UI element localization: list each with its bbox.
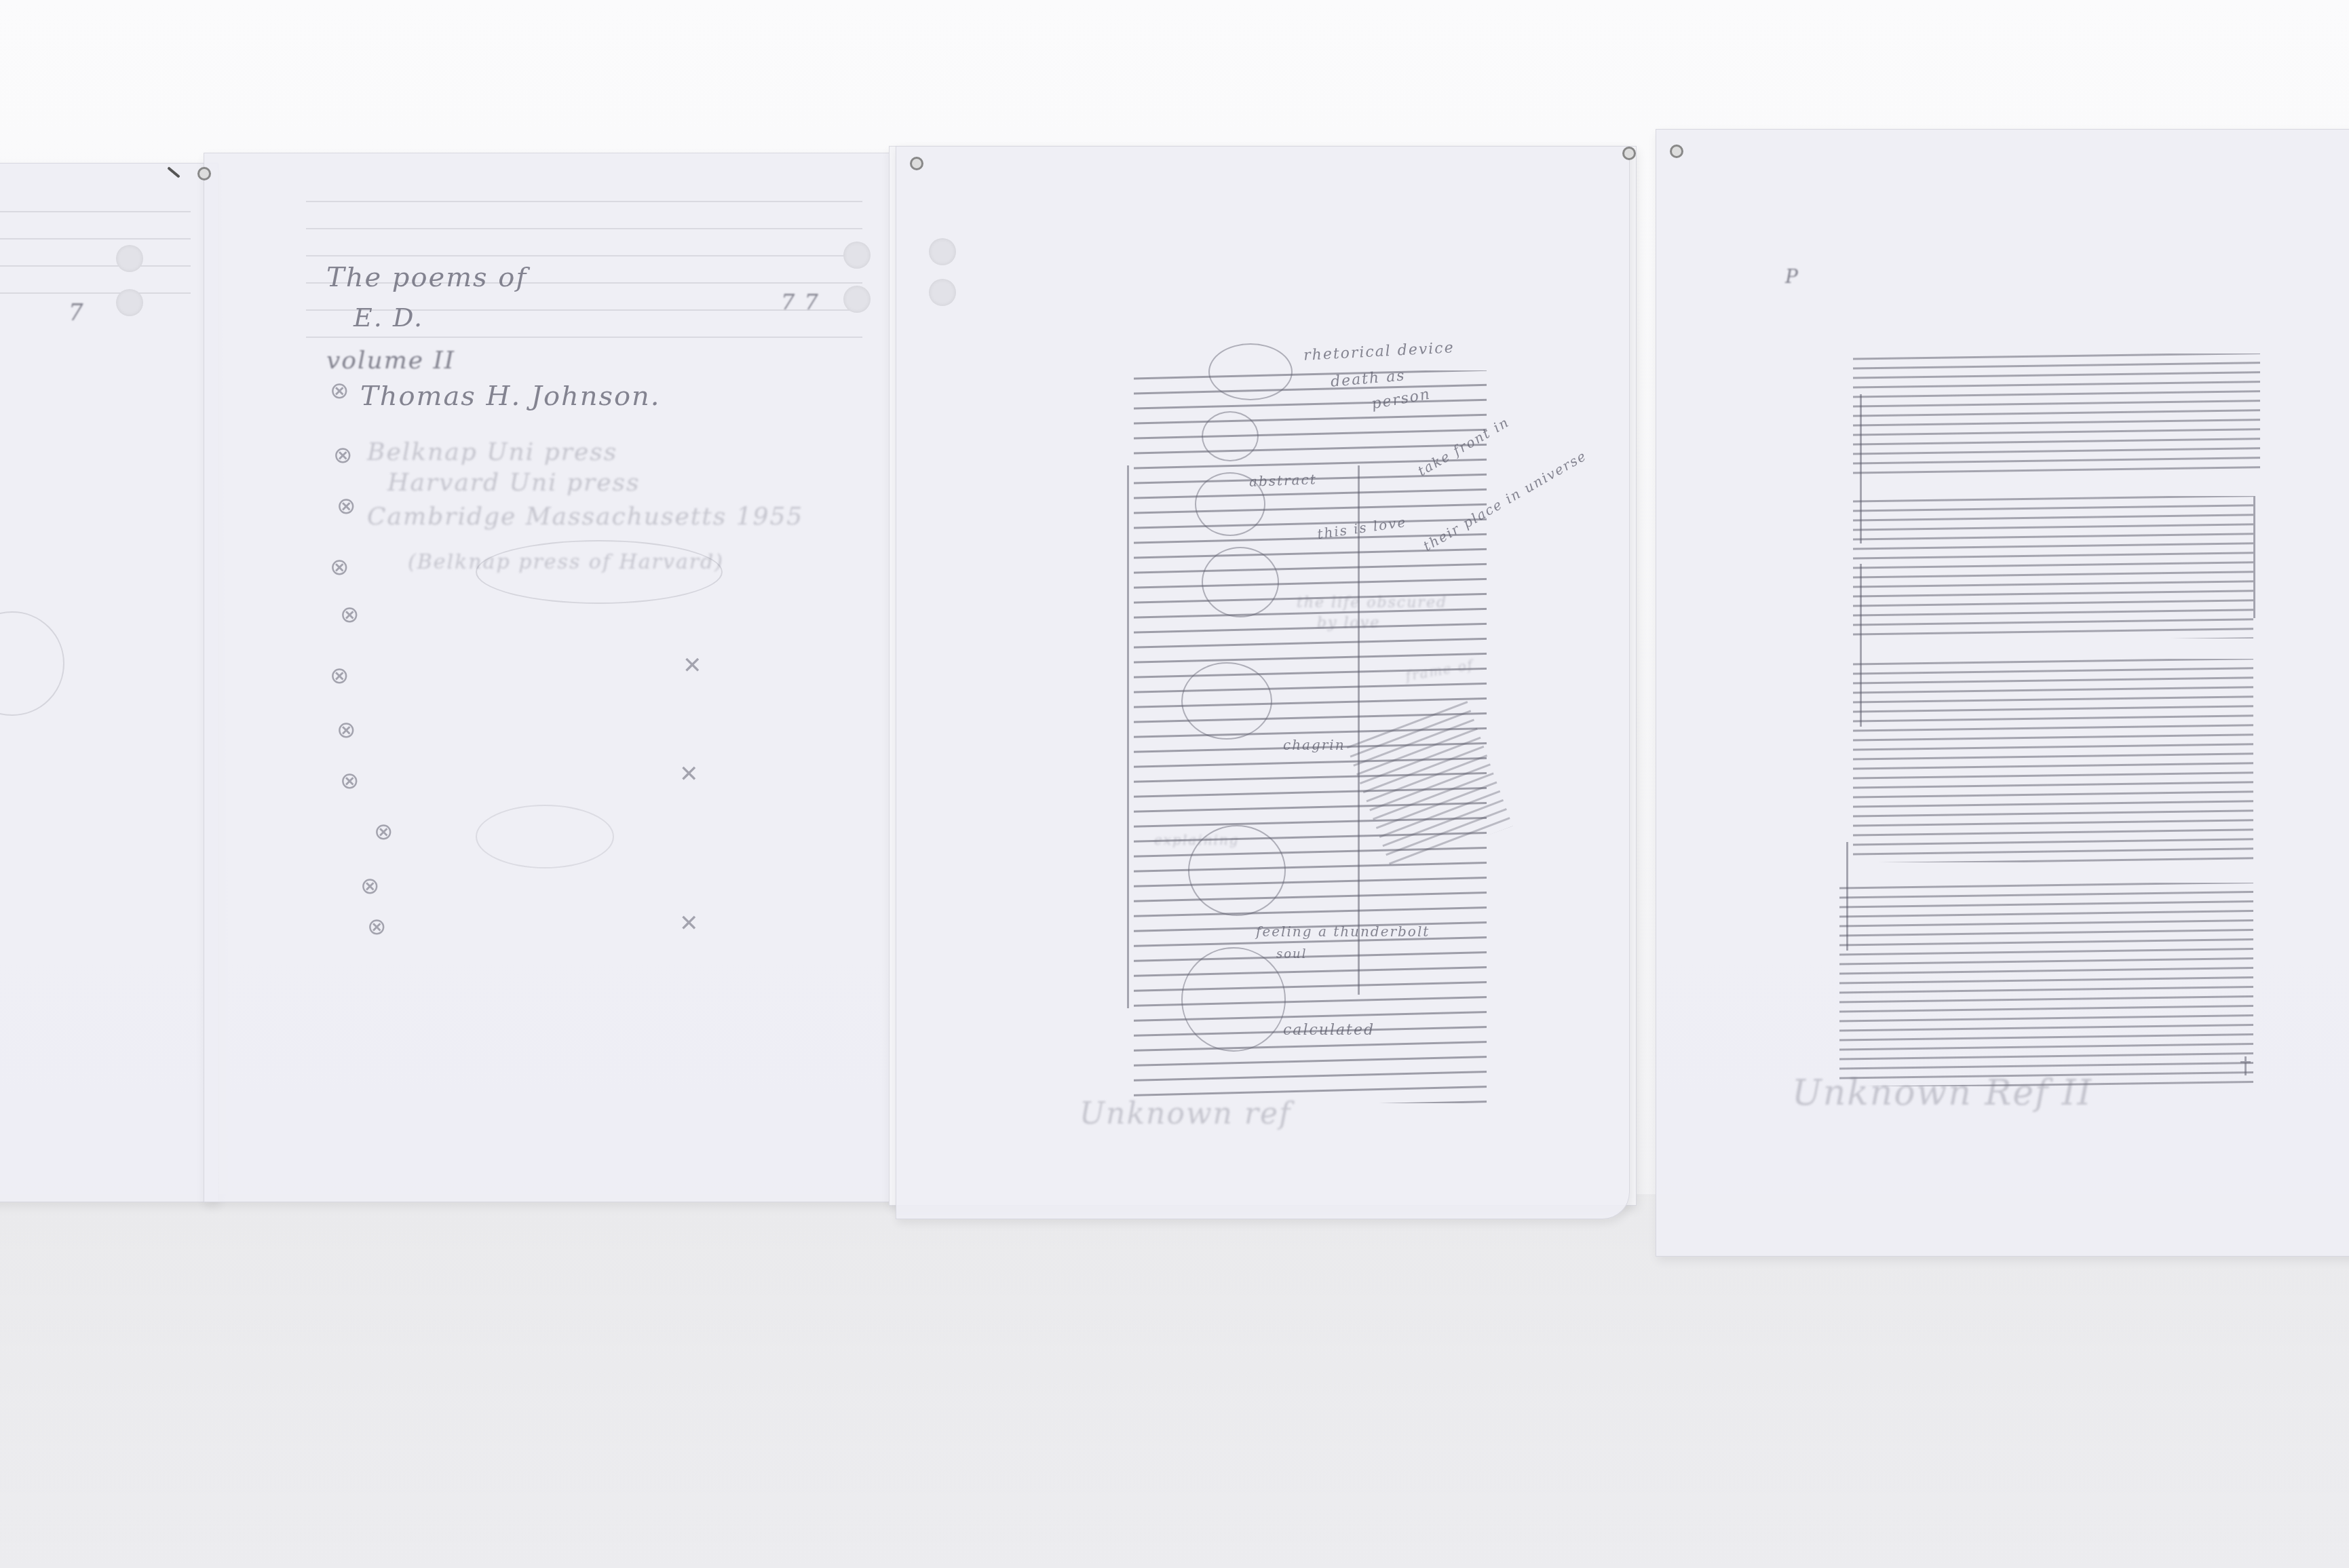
annotation: explaining [1154,832,1240,848]
sheet-caption: Unknown ref [1080,1096,1291,1131]
corner-mark: 7 7 [781,289,820,315]
pin-icon [1622,147,1636,160]
pencil-margin-line [2253,496,2255,618]
cross-mark: ⊗ [330,554,349,581]
handwritten-line: Thomas H. Johnson. [360,381,661,412]
annotation: soul [1276,947,1307,961]
rule-line [0,211,191,212]
annotation: by love [1317,615,1380,632]
cross-mark: ⊗ [340,767,360,795]
pencil-scribble [1853,353,2260,476]
rule-line [306,228,862,229]
punch-hole [929,238,956,265]
pencil-loop [476,805,614,868]
punch-hole [843,286,871,313]
cross-mark: ⊗ [330,662,349,689]
pencil-loop [1181,947,1286,1052]
punch-hole [929,279,956,306]
annotation: the life obscured [1297,594,1447,611]
rule-line [0,238,191,240]
pencil-loop [0,611,64,716]
pin-icon [1670,145,1683,158]
annotation: abstract [1249,471,1318,489]
cross-mark: ✕ [683,652,702,679]
sheet-4: P † Unknown Ref II [1656,129,2349,1257]
pencil-loop [1181,662,1272,740]
handwritten-line: The poems of [326,262,527,293]
pencil-margin-line [1358,465,1360,995]
pin-icon [197,167,211,180]
handwritten-mark: 7 [69,299,85,326]
pencil-loop [1202,547,1279,617]
handwritten-line: volume II [326,347,455,375]
rule-line [0,292,191,294]
pin-icon [910,157,923,170]
pencil-scribble [1853,659,2253,862]
pencil-margin-line [1846,842,1848,951]
pencil-margin-line [1860,394,1862,543]
annotation: chagrin [1283,737,1345,753]
pencil-loop [1208,343,1293,400]
handwritten-line: E. D. [354,303,423,332]
handwritten-line: Harvard Uni press [387,469,641,497]
punch-hole [843,242,871,269]
cross-mark: ⊗ [337,493,356,520]
pencil-loop [476,540,723,604]
rule-line [0,265,191,267]
rule-line [306,337,862,338]
cross-mark: ⊗ [330,377,349,404]
handwritten-line: Belknap Uni press [367,438,617,466]
rule-line [306,255,862,256]
pencil-scribble [1839,883,2253,1086]
cross-mark: ⊗ [360,873,380,900]
sheet-2: The poems of E. D. 7 7 volume II Thomas … [204,153,897,1202]
punch-hole [116,245,143,272]
cross-mark: ⊗ [367,913,387,940]
cross-mark: ⊗ [340,601,360,628]
corner-mark: P [1785,265,1799,288]
pencil-scribble [1853,496,2253,638]
punch-hole [116,289,143,316]
cross-mark: ✕ [679,910,699,937]
pencil-margin-line [1860,564,1862,727]
annotation: feeling a thunderbolt [1256,923,1430,940]
sheet-1: 7 [0,163,218,1202]
sheet-caption: Unknown Ref II [1792,1073,2093,1113]
rule-line [306,201,862,202]
annotation: rhetorical device [1303,339,1455,364]
cross-mark: ⊗ [374,818,394,845]
annotation: calculated [1283,1022,1375,1039]
cross-mark: ⊗ [337,716,356,744]
handwritten-line: Cambridge Massachusetts 1955 [367,503,803,531]
sheet-3: rhetorical device death as person abstra… [896,146,1630,1219]
cross-mark: † [2240,1052,2251,1079]
pencil-margin-line [1127,465,1129,1008]
pencil-loop [1202,411,1259,461]
cross-mark: ⊗ [333,442,353,469]
cross-mark: ✕ [679,761,699,788]
